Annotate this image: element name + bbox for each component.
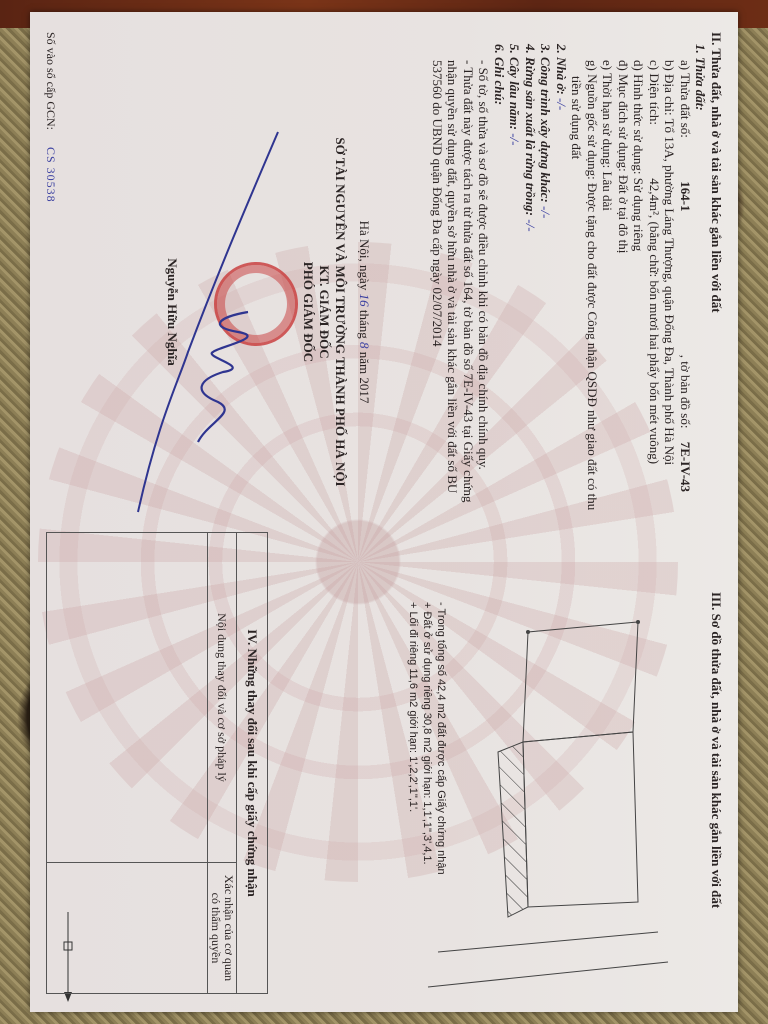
map-sheet-number: 7E-IV-43: [678, 442, 693, 492]
forest-line: 4. Rừng sản xuất là rừng trồng: -/-: [523, 32, 539, 592]
land-heading: 1. Thửa đất:: [693, 32, 709, 592]
forest-value: -/-: [523, 219, 538, 231]
area-label: c) Diện tích:: [647, 60, 662, 125]
section4-title: IV. Những thay đổi sau khi cấp giấy chứn…: [236, 533, 267, 993]
perennial-value: -/-: [508, 133, 523, 145]
issue-date: Hà Nội, ngày 16 tháng 8 năm 2017: [356, 32, 372, 592]
diagram-notes: - Trong tổng số 42,4 m2 đất được cấp Giấ…: [406, 602, 448, 982]
other-works-line: 3. Công trình xây dựng khác: -/-: [538, 32, 554, 592]
use-form-line: d) Hình thức sử dụng: Sử dụng riêng: [631, 32, 647, 592]
col-confirm-line-2: có thẩm quyền: [209, 863, 222, 993]
use-term-line: e) Thời hạn sử dụng: Lâu dài: [600, 32, 616, 592]
notes-heading: 6. Ghi chú:: [492, 32, 508, 592]
year-label: năm: [357, 352, 372, 374]
changes-cell: [47, 533, 207, 863]
land-certificate-page: II. Thửa đất, nhà ở và tài sản khác gắn …: [30, 12, 738, 1012]
col-confirm-header: Xác nhận của cơ quan có thẩm quyền: [208, 863, 236, 993]
other-works-label: 3. Công trình xây dựng khác:: [539, 44, 554, 203]
parcel-label: a) Thửa đất số:: [678, 60, 693, 138]
col-confirm-line-1: Xác nhận của cơ quan: [222, 863, 235, 993]
section2-title: II. Thửa đất, nhà ở và tài sản khác gắn …: [709, 32, 725, 592]
area-line: c) Diện tích: 42,4m², (bằng chữ: bốn mươ…: [647, 32, 663, 592]
diagram-note-2: + Đất ở sử dụng riêng 30,8 m2 giới hạn: …: [420, 602, 434, 982]
use-origin-line-2: tiền sử dụng đất: [569, 32, 585, 592]
house-line: 2. Nhà ở: -/-: [554, 32, 570, 592]
address-line: b) Địa chỉ: Tổ 13A, phường Láng Thượng, …: [662, 32, 678, 592]
perennial-label: 5. Cây lâu năm:: [508, 44, 523, 130]
col-changes-header: Nội dung thay đổi và cơ sở pháp lý: [208, 533, 236, 863]
registry-label: Số vào sổ cấp GCN:: [44, 32, 58, 130]
date-year: 2017: [357, 377, 372, 403]
month-label: tháng: [357, 310, 372, 339]
changes-after-issuance-table: IV. Những thay đổi sau khi cấp giấy chứn…: [46, 532, 268, 994]
registry-number: Số vào sổ cấp GCN: CS 30538: [43, 32, 58, 203]
diagram-note-1: - Trong tổng số 42,4 m2 đất được cấp Giấ…: [434, 602, 448, 982]
note-2c: 537560 do UBND quận Đống Đa cấp ngày 02/…: [430, 32, 446, 592]
perennial-line: 5. Cây lâu năm: -/-: [507, 32, 523, 592]
note-2a: - Thửa đất này được tách ra từ thửa đất …: [461, 32, 477, 592]
area-value: 42,4m², (bằng chữ: bốn mươi hai phẩy bốn…: [647, 178, 662, 464]
section-land-house-assets: II. Thửa đất, nhà ở và tài sản khác gắn …: [430, 32, 725, 592]
map-sheet-label: , tờ bản đồ số:: [678, 355, 693, 429]
section3-title: III. Sơ đồ thửa đất, nhà ở và tài sản kh…: [708, 592, 724, 992]
parcel-number: 164-1: [678, 181, 693, 211]
use-origin-line: g) Nguồn gốc sử dụng: Được tặng cho đất …: [585, 32, 601, 592]
forest-label: 4. Rừng sản xuất là rừng trồng:: [523, 44, 538, 216]
use-purpose-line: đ) Mục đích sử dụng: Đất ở tại đô thị: [616, 32, 632, 592]
note-1: - Số tờ, số thửa và sơ đồ sẽ được điều c…: [476, 32, 492, 592]
note-2b: nhận quyền sử dụng đất, quyền sở hữu nhà…: [445, 32, 461, 592]
issuing-organization: SỞ TÀI NGUYÊN VÀ MÔI TRƯỜNG THÀNH PHỐ HÀ…: [332, 32, 348, 592]
other-works-value: -/-: [539, 206, 554, 218]
confirm-cell: [47, 863, 207, 993]
land-plot-diagram: [408, 592, 698, 992]
date-day: 16: [357, 294, 372, 307]
date-month: 8: [357, 342, 372, 349]
diagram-note-3: + Lối đi riêng 11,6 m2 giới hạn: 1',2,2'…: [406, 602, 420, 982]
on-behalf-of: KT. GIÁM ĐỐC: [316, 32, 332, 592]
parcel-line: a) Thửa đất số: 164-1 , tờ bản đồ số: 7E…: [678, 32, 694, 592]
date-prefix: Hà Nội, ngày: [357, 221, 372, 291]
signature-icon: [128, 122, 308, 522]
house-value: -/-: [554, 98, 569, 110]
registry-value: CS 30538: [44, 147, 58, 203]
house-label: 2. Nhà ở:: [554, 44, 569, 95]
